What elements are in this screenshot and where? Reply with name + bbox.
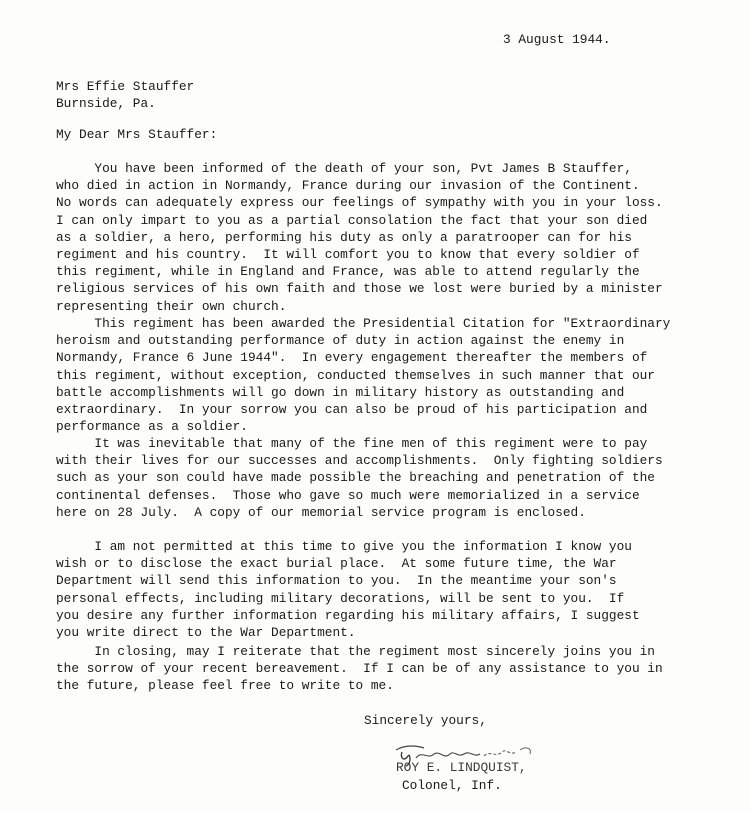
text-line: personal effects, including military dec… [56, 590, 640, 607]
closing-phrase: Sincerely yours, [364, 712, 487, 729]
signer-title: Colonel, Inf. [402, 777, 502, 794]
text-line: In closing, may I reiterate that the reg… [56, 643, 663, 660]
paragraph-condolence: You have been informed of the death of y… [56, 160, 663, 315]
letter-date: 3 August 1944. [503, 31, 611, 48]
text-line: this regiment, without exception, conduc… [56, 367, 670, 384]
text-line: wish or to disclose the exact burial pla… [56, 555, 640, 572]
recipient-name: Mrs Effie Stauffer [56, 78, 194, 95]
text-line: performance as a soldier. [56, 418, 670, 435]
text-line: heroism and outstanding performance of d… [56, 332, 670, 349]
text-line: I can only impart to you as a partial co… [56, 212, 663, 229]
text-line: You have been informed of the death of y… [56, 160, 663, 177]
text-line: who died in action in Normandy, France d… [56, 177, 663, 194]
text-line: here on 28 July. A copy of our memorial … [56, 504, 663, 521]
text-line: It was inevitable that many of the fine … [56, 435, 663, 452]
recipient-location: Burnside, Pa. [56, 95, 194, 112]
text-line: Normandy, France 6 June 1944". In every … [56, 349, 670, 366]
recipient-address: Mrs Effie Stauffer Burnside, Pa. [56, 78, 194, 112]
text-line: extraordinary. In your sorrow you can al… [56, 401, 670, 418]
text-line: regiment and his country. It will comfor… [56, 246, 663, 263]
paragraph-sacrifice: It was inevitable that many of the fine … [56, 435, 663, 521]
text-line: with their lives for our successes and a… [56, 452, 663, 469]
text-line: the sorrow of your recent bereavement. I… [56, 660, 663, 677]
text-line: as a soldier, a hero, performing his dut… [56, 229, 663, 246]
text-line: such as your son could have made possibl… [56, 469, 663, 486]
text-line: I am not permitted at this time to give … [56, 538, 640, 555]
text-line: Department will send this information to… [56, 572, 640, 589]
text-line: This regiment has been awarded the Presi… [56, 315, 670, 332]
text-line: battle accomplishments will go down in m… [56, 384, 670, 401]
salutation: My Dear Mrs Stauffer: [56, 126, 217, 143]
text-line: the future, please feel free to write to… [56, 677, 663, 694]
paragraph-citation: This regiment has been awarded the Presi… [56, 315, 670, 435]
paragraph-closing: In closing, may I reiterate that the reg… [56, 643, 663, 695]
letter-page: 3 August 1944. Mrs Effie Stauffer Burnsi… [0, 0, 750, 813]
text-line: religious services of his own faith and … [56, 280, 663, 297]
text-line: representing their own church. [56, 298, 663, 315]
text-line: you write direct to the War Department. [56, 624, 640, 641]
text-line: No words can adequately express our feel… [56, 194, 663, 211]
text-line: you desire any further information regar… [56, 607, 640, 624]
text-line: continental defenses. Those who gave so … [56, 487, 663, 504]
text-line: this regiment, while in England and Fran… [56, 263, 663, 280]
signer-name: ROY E. LINDQUIST, [396, 759, 527, 776]
paragraph-information: I am not permitted at this time to give … [56, 538, 640, 641]
